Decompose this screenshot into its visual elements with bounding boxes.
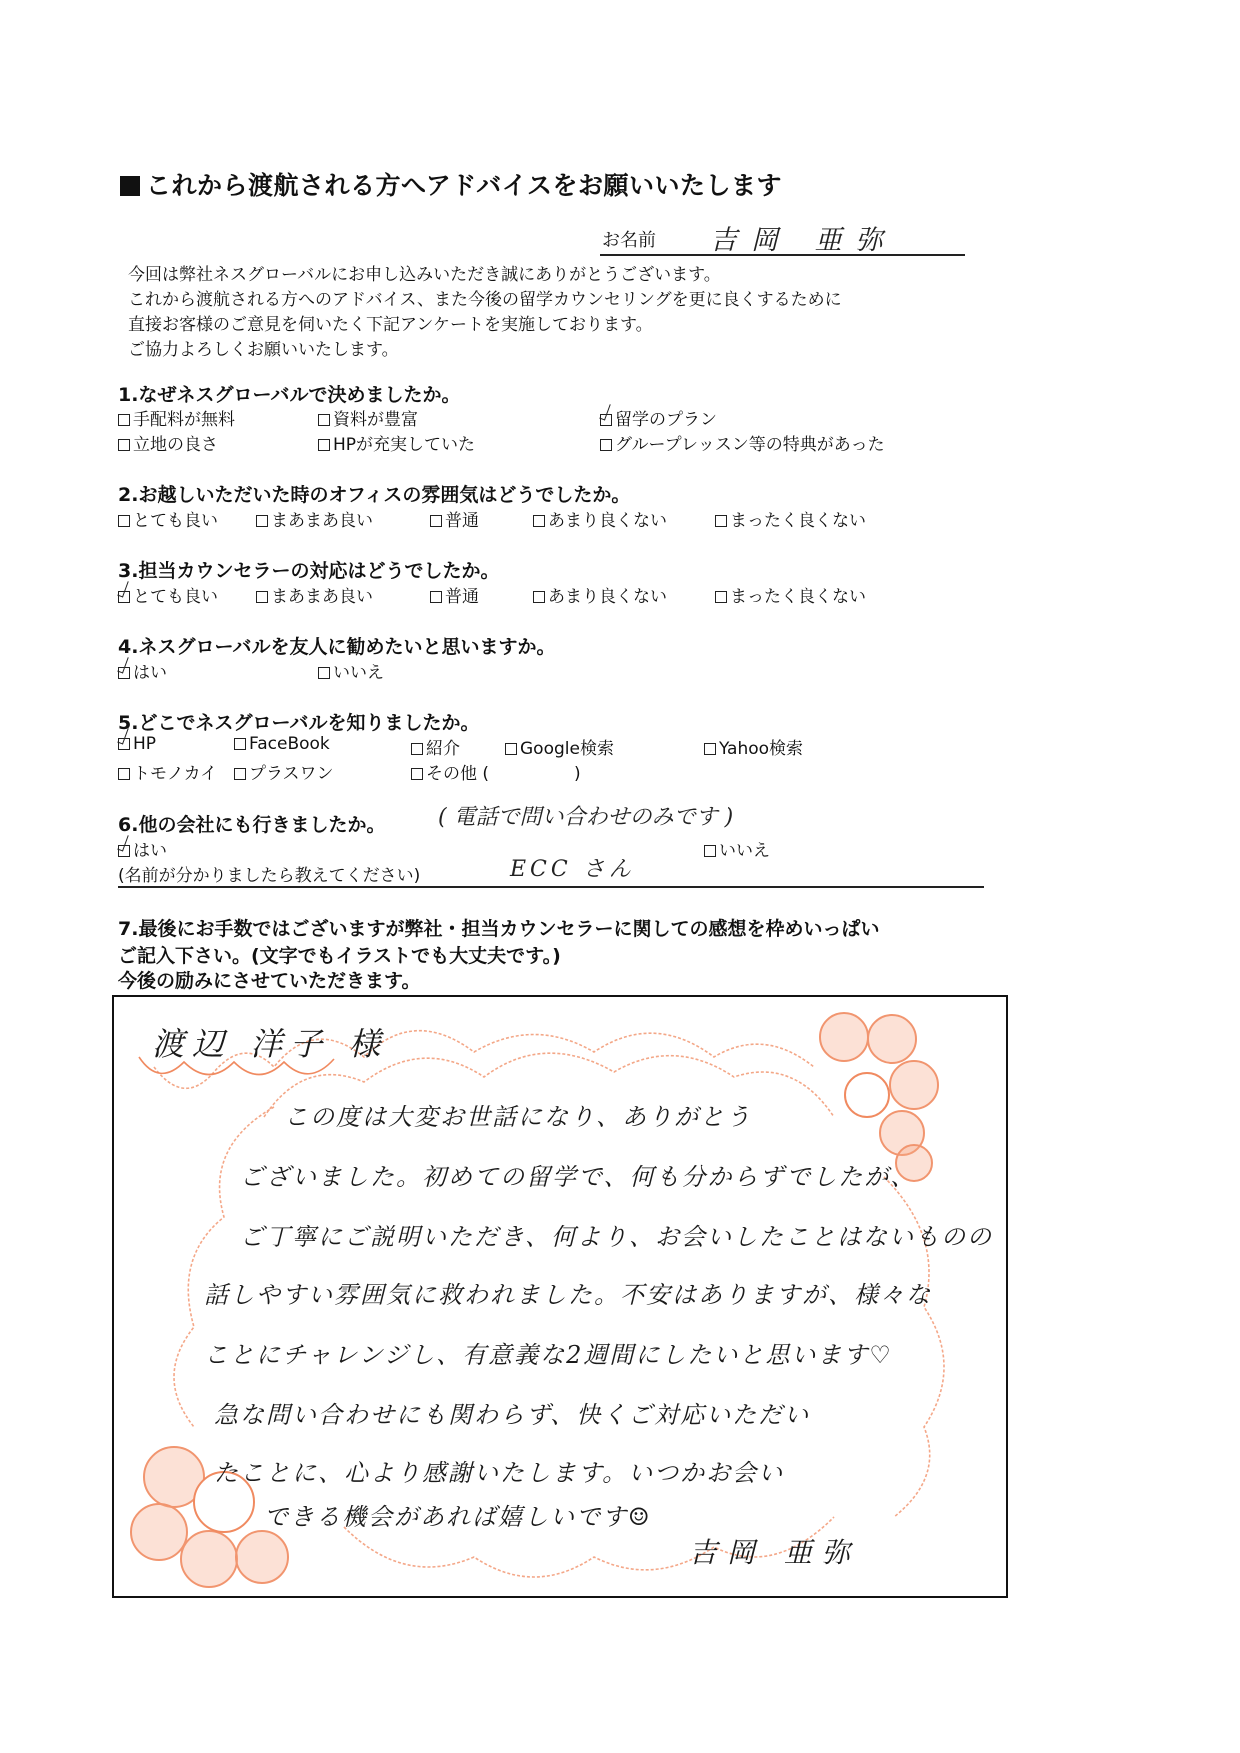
checked-checkbox-icon[interactable] — [600, 414, 612, 426]
checkbox-icon[interactable] — [430, 591, 442, 603]
checkbox-icon[interactable] — [234, 768, 246, 780]
checkbox-icon[interactable] — [430, 515, 442, 527]
q5-option-tomonokai[interactable]: トモノカイ — [118, 759, 217, 784]
message-signature: 吉岡 亜弥 — [689, 1531, 860, 1571]
q1-title: 1.なぜネスグローバルで決めましたか。 — [118, 380, 461, 407]
q2-option-very-good[interactable]: とても良い — [118, 506, 218, 531]
name-label: お名前 — [602, 226, 656, 252]
q4-option-yes[interactable]: はい — [118, 658, 167, 683]
q2-option-not-good[interactable]: あまり良くない — [533, 506, 667, 531]
message-line-6: 急な問い合わせにも関わらず、快くご対応いただい — [214, 1395, 810, 1430]
checkbox-icon[interactable] — [600, 439, 612, 451]
q3-option-not-good[interactable]: あまり良くない — [533, 582, 667, 607]
message-line-5: ことにチャレンジし、有意義な2週間にしたいと思います♡ — [204, 1335, 893, 1370]
q6-option-yes[interactable]: はい — [118, 836, 167, 861]
q6-option-no[interactable]: いいえ — [704, 836, 770, 861]
message-line-2: ございました。初めての留学で、何も分からずでしたが、 — [240, 1157, 916, 1192]
name-value: 吉岡 亜弥 — [710, 218, 897, 257]
message-salutation: 渡辺 洋子 様 — [152, 1019, 388, 1065]
q1-option-location[interactable]: 立地の良さ — [118, 430, 218, 455]
checkbox-icon[interactable] — [234, 738, 246, 750]
q5-option-hp[interactable]: HP — [118, 734, 156, 754]
checkbox-icon[interactable] — [715, 515, 727, 527]
q5-option-google[interactable]: Google検索 — [505, 734, 614, 759]
q5-other-input[interactable]: ( ) — [482, 764, 580, 784]
checkbox-icon[interactable] — [715, 591, 727, 603]
q3-option-fairly-good[interactable]: まあまあ良い — [256, 582, 373, 607]
checkbox-icon[interactable] — [533, 591, 545, 603]
divider-line — [118, 886, 984, 888]
checkbox-icon[interactable] — [533, 515, 545, 527]
checkbox-icon[interactable] — [256, 591, 268, 603]
black-square-icon — [120, 176, 140, 196]
checkbox-icon[interactable] — [256, 515, 268, 527]
checked-checkbox-icon[interactable] — [118, 591, 130, 603]
q1-option-rich-materials[interactable]: 資料が豊富 — [318, 405, 418, 430]
message-line-8: できる機会があれば嬉しいです☺ — [264, 1497, 652, 1532]
q5-option-other[interactable]: その他 ( ) — [411, 759, 581, 784]
checked-checkbox-icon[interactable] — [118, 738, 130, 750]
q7-title-line-3: 今後の励みにさせていただきます。 — [118, 966, 420, 993]
message-line-3: ご丁寧にご説明いただき、何より、お会いしたことはないものの — [240, 1217, 993, 1252]
q1-option-study-plan[interactable]: 留学のプラン — [600, 405, 717, 430]
q2-option-not-good-at-all[interactable]: まったく良くない — [715, 506, 866, 531]
checkbox-icon[interactable] — [118, 414, 130, 426]
message-line-4: 話しやすい雰囲気に救われました。不安はありますが、様々な — [204, 1275, 932, 1310]
q1-option-free-arrangement[interactable]: 手配料が無料 — [118, 405, 235, 430]
q4-option-no[interactable]: いいえ — [318, 658, 384, 683]
q5-title: 5.どこでネスグローバルを知りましたか。 — [118, 708, 480, 735]
name-field[interactable]: お名前 吉岡 亜弥 — [600, 222, 965, 256]
q2-title: 2.お越しいただいた時のオフィスの雰囲気はどうでしたか。 — [118, 480, 630, 507]
message-line-1: この度は大変お世話になり、ありがとう — [284, 1097, 752, 1132]
checkbox-icon[interactable] — [411, 743, 423, 755]
checkbox-icon[interactable] — [318, 667, 330, 679]
q5-option-yahoo[interactable]: Yahoo検索 — [704, 734, 803, 759]
q3-option-very-good[interactable]: とても良い — [118, 582, 218, 607]
q6-company-prompt: (名前が分かりましたら教えてください) — [118, 861, 420, 886]
q6-company-value[interactable]: ECC さん — [510, 852, 635, 883]
checkbox-icon[interactable] — [318, 439, 330, 451]
q5-option-plusone[interactable]: プラスワン — [234, 759, 334, 784]
q1-option-group-lesson[interactable]: グループレッスン等の特典があった — [600, 430, 885, 455]
q4-title: 4.ネスグローバルを友人に勧めたいと思いますか。 — [118, 632, 556, 659]
q2-option-normal[interactable]: 普通 — [430, 506, 479, 531]
q3-option-normal[interactable]: 普通 — [430, 582, 479, 607]
checkbox-icon[interactable] — [318, 414, 330, 426]
q6-handwritten-note: ( 電話で問い合わせのみです ) — [438, 800, 733, 831]
comment-box[interactable]: 渡辺 洋子 様 この度は大変お世話になり、ありがとう ございました。初めての留学… — [112, 995, 1008, 1598]
checked-checkbox-icon[interactable] — [118, 667, 130, 679]
checkbox-icon[interactable] — [505, 743, 517, 755]
checkbox-icon[interactable] — [118, 439, 130, 451]
q6-title: 6.他の会社にも行きましたか。 — [118, 810, 385, 837]
q5-option-referral[interactable]: 紹介 — [411, 734, 460, 759]
page-title: これから渡航される方へアドバイスをお願いいたします — [120, 166, 782, 202]
intro-text: 今回は弊社ネスグローバルにお申し込みいただき誠にありがとうございます。 これから… — [128, 263, 978, 363]
q2-option-fairly-good[interactable]: まあまあ良い — [256, 506, 373, 531]
q7-title-line-2: ご記入下さい。(文字でもイラストでも大丈夫です。) — [118, 941, 561, 968]
checked-checkbox-icon[interactable] — [118, 845, 130, 857]
q3-option-not-good-at-all[interactable]: まったく良くない — [715, 582, 866, 607]
checkbox-icon[interactable] — [704, 743, 716, 755]
checkbox-icon[interactable] — [704, 845, 716, 857]
q3-title: 3.担当カウンセラーの対応はどうでしたか。 — [118, 556, 499, 583]
q7-title-line-1: 7.最後にお手数ではございますが弊社・担当カウンセラーに関しての感想を枠めいっぱ… — [118, 914, 879, 941]
checkbox-icon[interactable] — [118, 768, 130, 780]
checkbox-icon[interactable] — [118, 515, 130, 527]
checkbox-icon[interactable] — [411, 768, 423, 780]
message-line-7: たことに、心より感謝いたします。いつかお会い — [214, 1453, 784, 1488]
q1-option-hp[interactable]: HPが充実していた — [318, 430, 475, 455]
q5-option-facebook[interactable]: FaceBook — [234, 734, 330, 754]
